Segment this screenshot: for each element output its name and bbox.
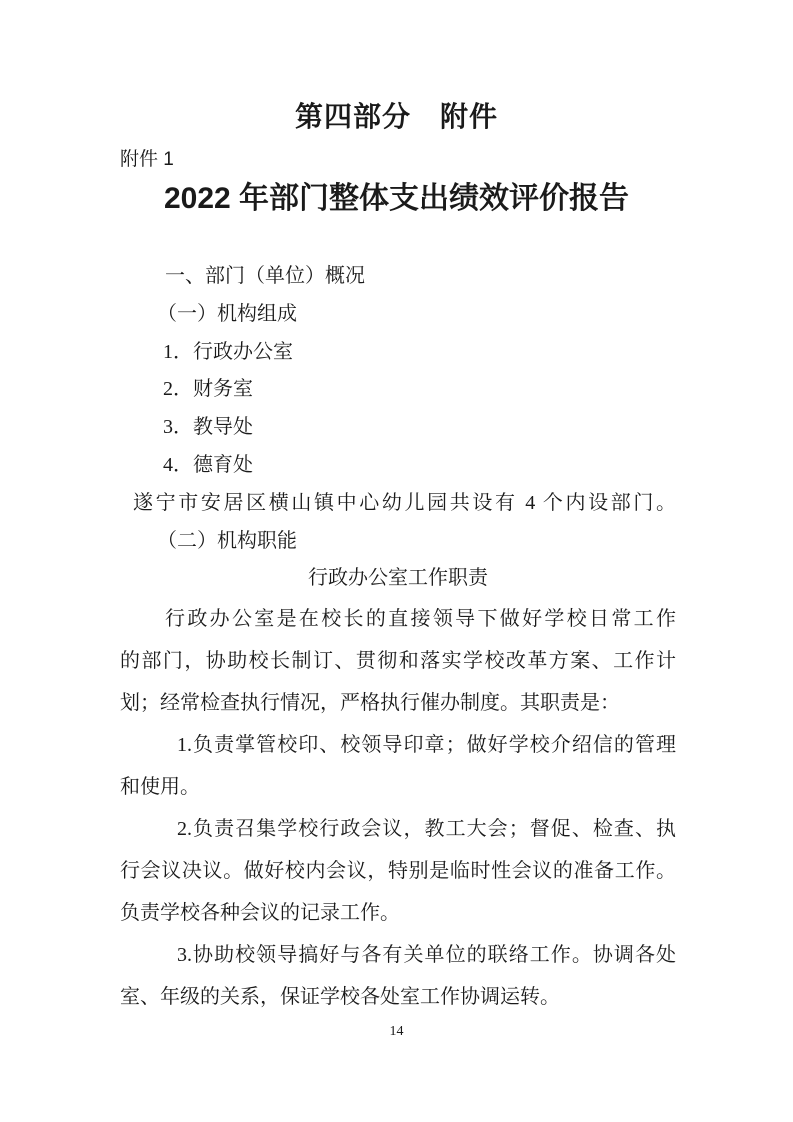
- body-line: 负责学校各种会议的记录工作。: [120, 892, 676, 934]
- part-title: 第四部分 附件: [0, 0, 793, 134]
- document-page: 第四部分 附件 附件 1 2022 年部门整体支出绩效评价报告 一、部门（单位）…: [0, 0, 793, 1122]
- body-line: 2.负责召集学校行政会议，教工大会；督促、检查、执: [177, 808, 676, 850]
- list-item: 3．教导处: [163, 409, 676, 447]
- heading-department-overview: 一、部门（单位）概况: [165, 258, 676, 296]
- section-overview: 一、部门（单位）概况 （一）机构组成 1．行政办公室 2．财务室 3．教导处 4…: [120, 258, 676, 598]
- body-line: 划；经常检查执行情况，严格执行催办制度。其职责是：: [120, 682, 676, 724]
- body-line: 的部门，协助校长制订、贯彻和落实学校改革方案、工作计: [120, 640, 676, 682]
- page-number: 14: [0, 1024, 793, 1040]
- section-duties: 行政办公室是在校长的直接领导下做好学校日常工作 的部门，协助校长制订、贯彻和落实…: [120, 598, 676, 1018]
- body-line: 和使用。: [120, 766, 676, 808]
- body-line: 行政办公室是在校长的直接领导下做好学校日常工作: [165, 598, 676, 640]
- list-item: 2．财务室: [163, 371, 676, 409]
- body-line: 室、年级的关系，保证学校各处室工作协调运转。: [120, 976, 676, 1018]
- attachment-label: 附件 1: [120, 148, 793, 172]
- list-item: 4．德育处: [163, 447, 676, 485]
- list-item: 1．行政办公室: [163, 334, 676, 372]
- subheading-office-duties: 行政办公室工作职责: [120, 560, 676, 598]
- body-line: 3.协助校领导搞好与各有关单位的联络工作。协调各处: [177, 934, 676, 976]
- report-title: 2022 年部门整体支出绩效评价报告: [0, 180, 793, 218]
- body-line: 遂宁市安居区横山镇中心幼儿园共设有 4 个内设部门。: [133, 485, 676, 523]
- heading-org-functions: （二）机构职能: [157, 523, 676, 561]
- body-line: 1.负责掌管校印、校领导印章；做好学校介绍信的管理: [177, 724, 676, 766]
- document-body: 一、部门（单位）概况 （一）机构组成 1．行政办公室 2．财务室 3．教导处 4…: [0, 258, 793, 1018]
- body-line: 行会议决议。做好校内会议，特别是临时性会议的准备工作。: [120, 850, 676, 892]
- heading-org-composition: （一）机构组成: [157, 296, 676, 334]
